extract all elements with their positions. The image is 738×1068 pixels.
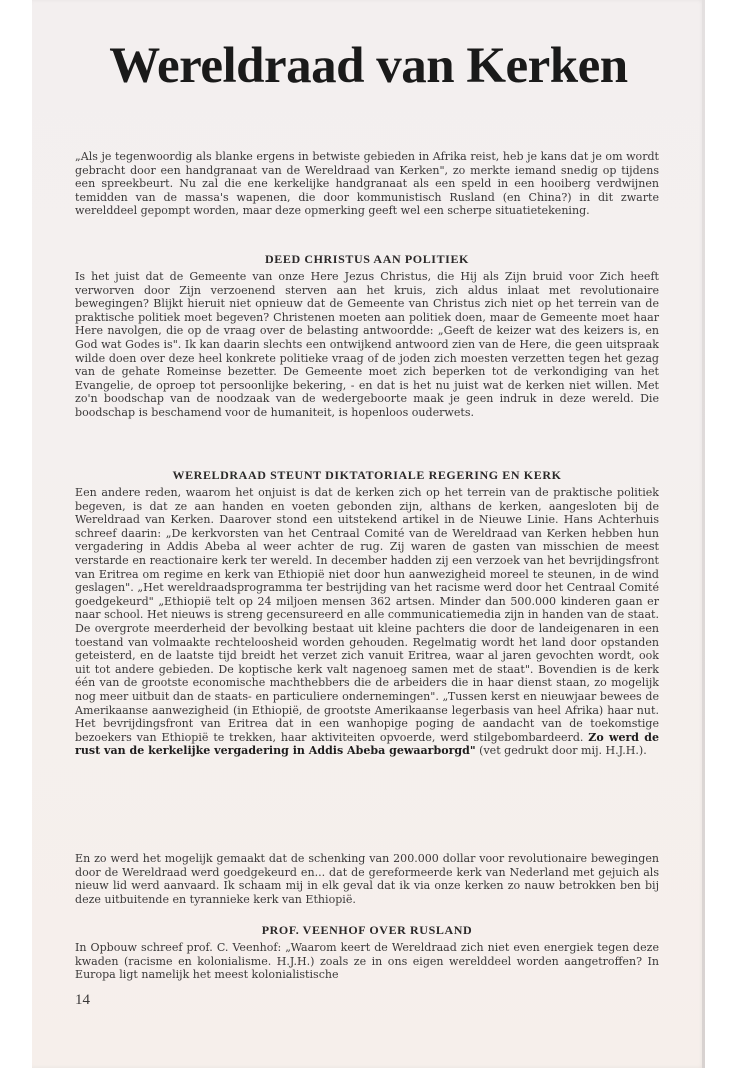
paragraph-text: Een andere reden, waarom het onjuist is … [75, 486, 659, 744]
paragraph-text-tail: (vet gedrukt door mij. H.J.H.). [476, 744, 647, 757]
section-heading-wereldraad-steunt: WERELDRAAD STEUNT DIKTATORIALE REGERING … [75, 468, 659, 482]
document-page: Wereldraad van Kerken „Als je tegenwoord… [32, 0, 705, 1068]
section-paragraph-schenking: En zo werd het mogelijk gemaakt dat de s… [75, 852, 659, 906]
article-title: Wereldraad van Kerken [32, 36, 705, 96]
intro-paragraph: „Als je tegenwoordig als blanke ergens i… [75, 150, 659, 218]
section-heading-veenhof: PROF. VEENHOF OVER RUSLAND [75, 923, 659, 937]
section-paragraph-politiek: Is het juist dat de Gemeente van onze He… [75, 270, 659, 420]
section-heading-politiek: DEED CHRISTUS AAN POLITIEK [75, 252, 659, 266]
section-paragraph-veenhof: In Opbouw schreef prof. C. Veenhof: „Waa… [75, 941, 659, 982]
section-paragraph-wereldraad-steunt: Een andere reden, waarom het onjuist is … [75, 486, 659, 758]
page-number: 14 [75, 992, 90, 1009]
